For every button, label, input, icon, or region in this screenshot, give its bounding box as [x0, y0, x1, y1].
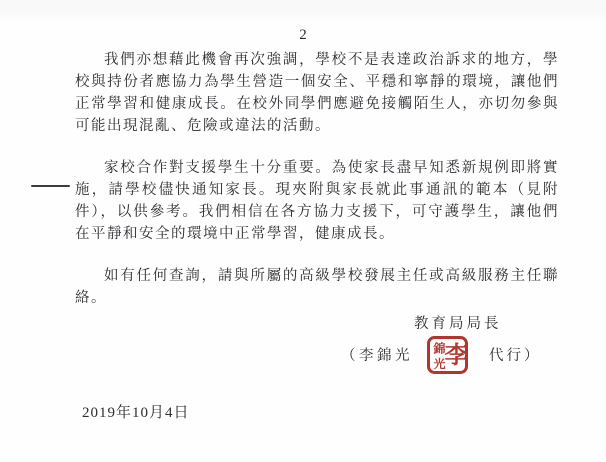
page-number: 2 [0, 27, 606, 44]
document-page: 2 我們亦想藉此機會再次強調，學校不是表達政治訴求的地方，學校與持份者應協力為學… [0, 0, 606, 462]
letter-date: 2019年10月4日 [82, 401, 190, 422]
signer-name-open: （李錦光 [341, 344, 413, 365]
paragraph-enquiries: 如有任何查詢，請與所屬的高級學校發展主任或高級服務主任聯絡。 [75, 265, 559, 309]
paragraph-school-reminder: 我們亦想藉此機會再次強調，學校不是表達政治訴求的地方，學校與持份者應協力為學生營… [75, 49, 559, 137]
paragraph-home-school-cooperation: 家校合作對支援學生十分重要。為使家長盡早知悉新規例即將實施，請學校儘快通知家長。… [75, 157, 559, 245]
signer-name-close: 代行） [489, 344, 542, 365]
seal-char-top-left: 錦 [432, 341, 445, 356]
margin-dash-mark [31, 185, 70, 187]
seal-char-right: 李 [445, 342, 469, 369]
seal-char-bottom-left: 光 [433, 356, 445, 371]
signer-title: 教育局局長 [414, 312, 502, 333]
name-seal-stamp-icon: 李 錦 光 [427, 336, 468, 374]
letter-body: 我們亦想藉此機會再次強調，學校不是表達政治訴求的地方，學校與持份者應協力為學生營… [75, 49, 559, 309]
